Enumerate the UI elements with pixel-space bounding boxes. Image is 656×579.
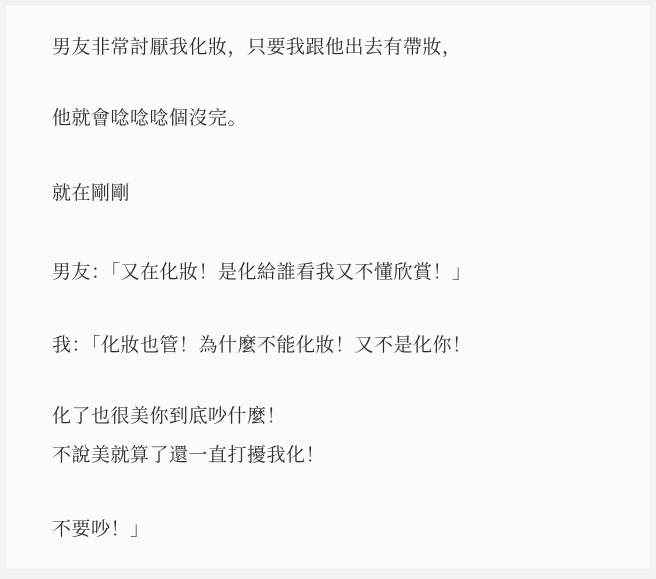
- dialogue-me: 我：「化妝也管！為什麼不能化妝！又不是化你！: [52, 330, 472, 357]
- paragraph-line-3: 就在剛剛: [52, 178, 130, 205]
- dialogue-me-continued-1: 化了也很美你到底吵什麼！: [52, 401, 286, 428]
- paragraph-line-2: 他就會唸唸唸個沒完。: [52, 103, 247, 130]
- dialogue-me-closing: 不要吵！」: [52, 514, 150, 541]
- dialogue-me-continued-2: 不說美就算了還一直打擾我化！: [52, 440, 325, 467]
- dialogue-boyfriend: 男友：「又在化妝！是化給誰看我又不懂欣賞！」: [52, 257, 472, 284]
- document-page: 男友非常討厭我化妝，只要我跟他出去有帶妝， 他就會唸唸唸個沒完。 就在剛剛 男友…: [6, 4, 650, 569]
- paragraph-line-1: 男友非常討厭我化妝，只要我跟他出去有帶妝，: [52, 32, 462, 59]
